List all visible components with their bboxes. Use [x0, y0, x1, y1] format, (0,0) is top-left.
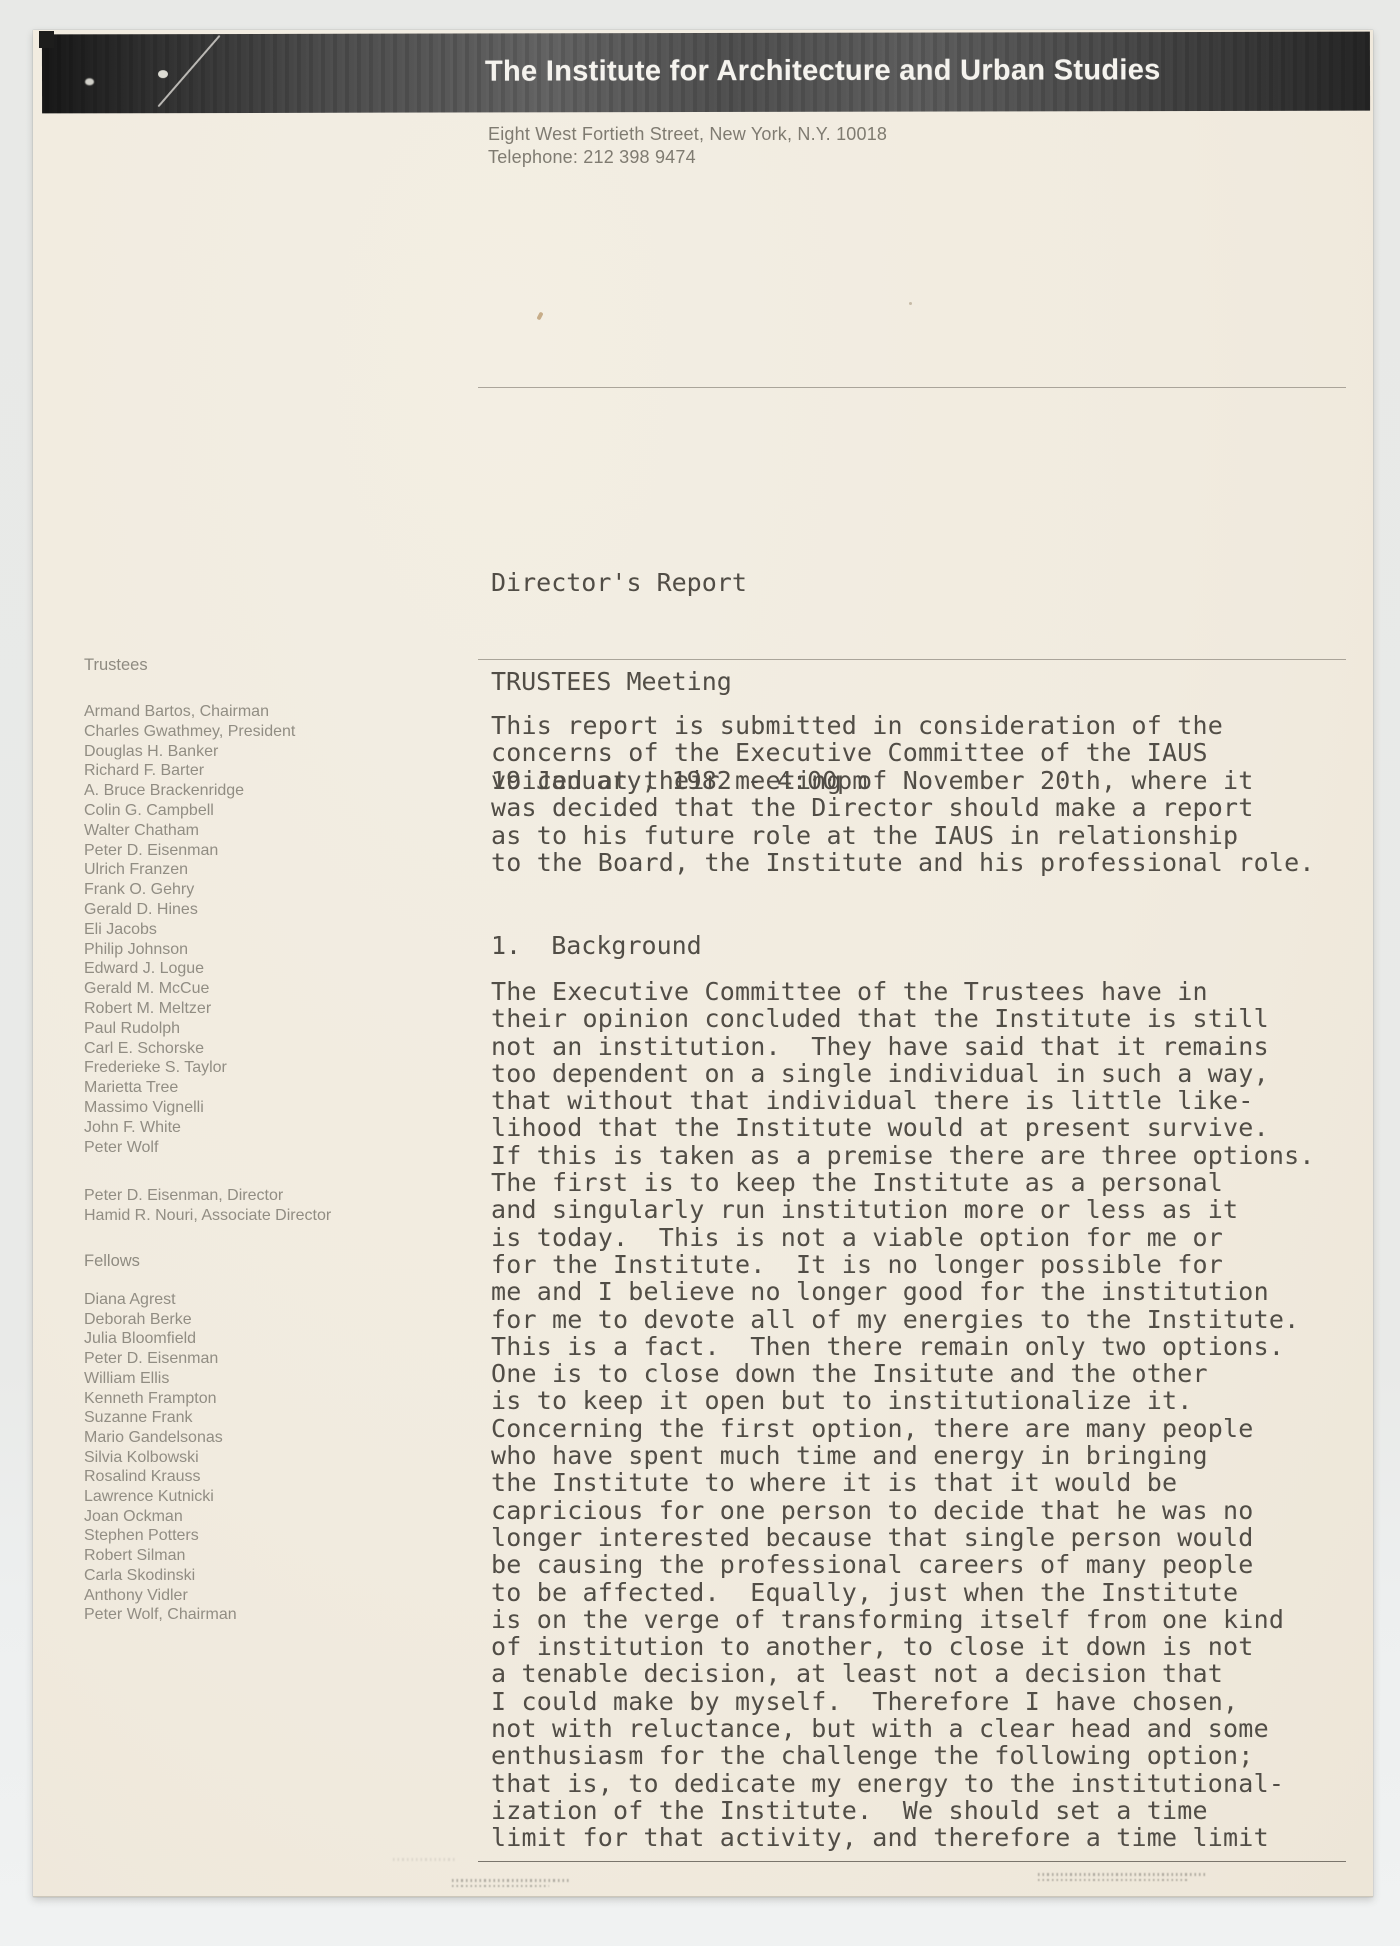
divider-middle — [478, 659, 1346, 660]
scan-dot — [158, 70, 168, 78]
fellow-name: Silvia Kolbowski — [84, 1448, 424, 1468]
trustee-name: Richard F. Barter — [84, 761, 424, 781]
divider-top — [478, 387, 1346, 388]
fellow-name: Robert Silman — [84, 1546, 424, 1566]
meeting-name: TRUSTEES Meeting — [491, 665, 867, 698]
fellow-name: William Ellis — [84, 1369, 424, 1389]
intro-line: as to his future role at the IAUS in rel… — [491, 822, 1373, 849]
trustee-name: Frederieke S. Taylor — [84, 1058, 424, 1078]
paper-speck — [909, 302, 912, 305]
body-line: and singularly run institution more or l… — [491, 1196, 1373, 1223]
trustee-name: Frank O. Gehry — [84, 880, 424, 900]
body-line: This is a fact. Then there remain only t… — [491, 1333, 1373, 1360]
document-page: The Institute for Architecture and Urban… — [33, 30, 1373, 1897]
body-line: of institution to another, to close it d… — [491, 1633, 1373, 1660]
body-line: Concerning the first option, there are m… — [491, 1415, 1373, 1442]
body-line: who have spent much time and energy in b… — [491, 1442, 1373, 1469]
trustee-name: Peter D. Eisenman — [84, 841, 424, 861]
body-line: for the Institute. It is no longer possi… — [491, 1251, 1373, 1278]
body-line: longer interested because that single pe… — [491, 1524, 1373, 1551]
body-line: the Institute to where it is that it wou… — [491, 1469, 1373, 1496]
background-paragraph: The Executive Committee of the Trustees … — [491, 978, 1373, 1852]
trustee-name: Paul Rudolph — [84, 1019, 424, 1039]
fellow-name: Mario Gandelsonas — [84, 1428, 424, 1448]
fellow-name: Peter D. Eisenman — [84, 1349, 424, 1369]
intro-line: was decided that the Director should mak… — [491, 794, 1373, 821]
trustee-name: Gerald D. Hines — [84, 900, 424, 920]
trustee-name: Armand Bartos, Chairman — [84, 702, 424, 722]
fellow-name: Rosalind Krauss — [84, 1467, 424, 1487]
section-heading-background: 1. Background — [491, 931, 702, 960]
scan-artifact-row — [452, 1885, 549, 1888]
trustee-name: Charles Gwathmey, President — [84, 722, 424, 742]
fellow-name: Stephen Potters — [84, 1526, 424, 1546]
fellow-name: Julia Bloomfield — [84, 1329, 424, 1349]
fellow-name: Diana Agrest — [84, 1290, 424, 1310]
intro-paragraph: This report is submitted in consideratio… — [491, 712, 1373, 876]
fellow-name: Deborah Berke — [84, 1310, 424, 1330]
divider-bottom — [478, 1861, 1346, 1862]
trustee-name: Marietta Tree — [84, 1078, 424, 1098]
report-title: Director's Report — [491, 566, 867, 599]
scan-artifact-bleedthrough — [452, 1879, 570, 1890]
body-line: not with reluctance, but with a clear he… — [491, 1715, 1373, 1742]
scan-background: { "letterhead": { "org_name": "The Insti… — [0, 0, 1400, 1946]
trustee-name: John F. White — [84, 1118, 424, 1138]
body-line: capricious for one person to decide that… — [491, 1497, 1373, 1524]
fellow-name: Carla Skodinski — [84, 1566, 424, 1586]
body-line: The Executive Committee of the Trustees … — [491, 978, 1373, 1005]
body-line: too dependent on a single individual in … — [491, 1060, 1373, 1087]
trustees-list: Armand Bartos, ChairmanCharles Gwathmey,… — [84, 702, 424, 1157]
body-line: me and I believe no longer good for the … — [491, 1278, 1373, 1305]
body-line: I could make by myself. Therefore I have… — [491, 1688, 1373, 1715]
trustee-name: Philip Johnson — [84, 940, 424, 960]
body-line: is on the verge of transforming itself f… — [491, 1606, 1373, 1633]
body-line: to be affected. Equally, just when the I… — [491, 1579, 1373, 1606]
body-line: for me to devote all of my energies to t… — [491, 1306, 1373, 1333]
body-line: ization of the Institute. We should set … — [491, 1797, 1373, 1824]
scan-artifact-bleedthrough — [393, 1858, 457, 1864]
trustee-name: Robert M. Meltzer — [84, 999, 424, 1019]
trustee-name: Ulrich Franzen — [84, 860, 424, 880]
body-line: that is, to dedicate my energy to the in… — [491, 1770, 1373, 1797]
body-line: their opinion concluded that the Institu… — [491, 1005, 1373, 1032]
body-line: is today. This is not a viable option fo… — [491, 1224, 1373, 1251]
intro-line: This report is submitted in consideratio… — [491, 712, 1373, 739]
trustee-name: Massimo Vignelli — [84, 1098, 424, 1118]
fellow-name: Lawrence Kutnicki — [84, 1487, 424, 1507]
paper-speck — [536, 312, 543, 321]
trustee-name: Gerald M. McCue — [84, 979, 424, 999]
scan-artifact-row — [393, 1858, 457, 1861]
scan-artifact-row — [1038, 1873, 1206, 1876]
scan-artifact-row — [1038, 1879, 1189, 1882]
officer-name: Hamid R. Nouri, Associate Director — [84, 1206, 424, 1226]
fellow-name: Peter Wolf, Chairman — [84, 1605, 424, 1625]
address-line-1: Eight West Fortieth Street, New York, N.… — [488, 123, 887, 146]
letterhead-address: Eight West Fortieth Street, New York, N.… — [488, 123, 887, 169]
body-line: If this is taken as a premise there are … — [491, 1142, 1373, 1169]
trustee-name: Eli Jacobs — [84, 920, 424, 940]
trustee-name: Walter Chatham — [84, 821, 424, 841]
scan-artifact-row — [452, 1879, 570, 1882]
body-line: be causing the professional careers of m… — [491, 1551, 1373, 1578]
trustee-name: Carl E. Schorske — [84, 1039, 424, 1059]
fellow-name: Suzanne Frank — [84, 1408, 424, 1428]
body-line: enthusiasm for the challenge the followi… — [491, 1742, 1373, 1769]
body-line: lihood that the Institute would at prese… — [491, 1114, 1373, 1141]
scan-artifact-bleedthrough — [1038, 1873, 1206, 1884]
intro-line: concerns of the Executive Committee of t… — [491, 739, 1373, 766]
trustee-name: Peter Wolf — [84, 1138, 424, 1158]
body-line: not an institution. They have said that … — [491, 1033, 1373, 1060]
letterhead-band: The Institute for Architecture and Urban… — [42, 32, 1370, 114]
trustee-name: A. Bruce Brackenridge — [84, 781, 424, 801]
officers-list: Peter D. Eisenman, DirectorHamid R. Nour… — [84, 1186, 424, 1226]
trustees-heading: Trustees — [84, 656, 148, 675]
body-line: The first is to keep the Institute as a … — [491, 1169, 1373, 1196]
body-line: a tenable decision, at least not a decis… — [491, 1660, 1373, 1687]
body-line: limit for that activity, and therefore a… — [491, 1824, 1373, 1851]
body-line: is to keep it open but to institutionali… — [491, 1387, 1373, 1414]
trustee-name: Douglas H. Banker — [84, 742, 424, 762]
band-notch — [39, 31, 54, 48]
body-line: that without that individual there is li… — [491, 1087, 1373, 1114]
org-name: The Institute for Architecture and Urban… — [485, 54, 1161, 88]
fellow-name: Anthony Vidler — [84, 1586, 424, 1606]
officer-name: Peter D. Eisenman, Director — [84, 1186, 424, 1206]
scan-dot — [85, 78, 94, 85]
address-line-2: Telephone: 212 398 9474 — [488, 146, 887, 169]
fellows-heading: Fellows — [84, 1252, 140, 1271]
fellow-name: Kenneth Frampton — [84, 1389, 424, 1409]
body-line: One is to close down the Insitute and th… — [491, 1360, 1373, 1387]
fellow-name: Joan Ockman — [84, 1507, 424, 1527]
trustee-name: Edward J. Logue — [84, 959, 424, 979]
trustee-name: Colin G. Campbell — [84, 801, 424, 821]
fellows-list: Diana AgrestDeborah BerkeJulia Bloomfiel… — [84, 1290, 424, 1625]
intro-line: to the Board, the Institute and his prof… — [491, 849, 1373, 876]
intro-line: voiced at their meeting of November 20th… — [491, 767, 1373, 794]
